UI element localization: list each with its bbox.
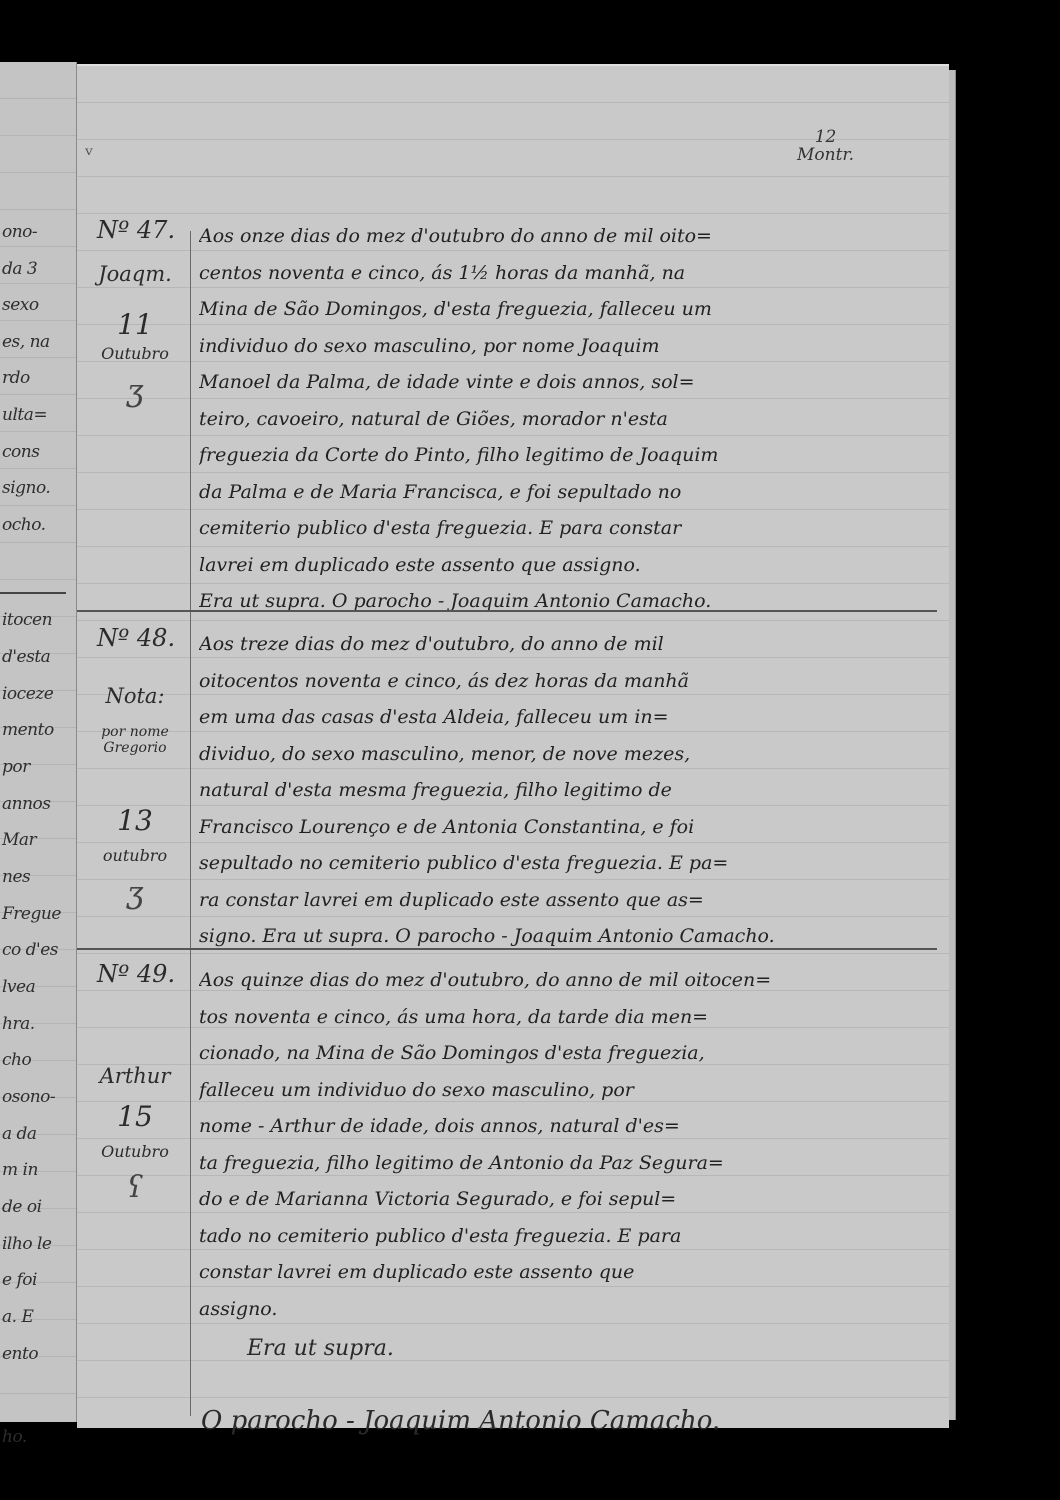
entry-line: da Palma e de Maria Francisca, e foi sep… — [199, 474, 934, 511]
margin-month: Outubro — [81, 1142, 189, 1161]
left-fragment: lvea — [2, 977, 35, 997]
entry-line: teiro, cavoeiro, natural de Giões, morad… — [199, 401, 934, 438]
left-fragment: ho. — [2, 1427, 27, 1447]
entry-body: Aos quinze dias do mez d'outubro, do ann… — [199, 962, 934, 1327]
scanned-register-page: ono- da 3 sexo es, na rdo ulta= cons sig… — [0, 0, 1060, 1500]
entry-line: Manoel da Palma, de idade vinte e dois a… — [199, 364, 934, 401]
left-fragment: annos — [2, 794, 51, 814]
entry-line: Aos treze dias do mez d'outubro, do anno… — [199, 626, 934, 663]
left-fragment: ono- — [2, 222, 37, 242]
left-fragment: de oi — [2, 1197, 42, 1217]
margin-subname: por nome Gregorio — [81, 724, 189, 756]
left-fragment: a. E — [2, 1307, 33, 1327]
left-fragment: Mar — [2, 830, 36, 850]
entry-line: dividuo, do sexo masculino, menor, de no… — [199, 736, 934, 773]
left-fragment: hra. — [2, 1014, 35, 1034]
entry-line: freguezia da Corte do Pinto, filho legit… — [199, 437, 934, 474]
margin-day: 13 — [81, 804, 189, 837]
entry-body: Aos treze dias do mez d'outubro, do anno… — [199, 626, 934, 955]
entry-line: cemiterio publico d'esta freguezia. E pa… — [199, 510, 934, 547]
entry-line: do e de Marianna Victoria Segurado, e fo… — [199, 1181, 934, 1218]
margin-rule — [190, 231, 191, 1416]
entry-line: em uma das casas d'esta Aldeia, falleceu… — [199, 699, 934, 736]
margin-month: outubro — [81, 846, 189, 865]
entry-line: lavrei em duplicado este assento que ass… — [199, 547, 934, 584]
left-fragment: ilho le — [2, 1234, 51, 1254]
margin-day: 15 — [81, 1100, 189, 1133]
folio-number: 12 Montr. — [797, 128, 854, 164]
left-fragment: a da — [2, 1124, 37, 1144]
entry-line: Mina de São Domingos, d'esta freguezia, … — [199, 291, 934, 328]
margin-mark: ʒ — [81, 374, 189, 409]
left-fragment: ento — [2, 1344, 38, 1364]
register-page: ᵥ 12 Montr. Nº 47. Joaqm. 11 Outubro ʒ A… — [77, 64, 949, 1428]
margin-month: Outubro — [81, 344, 189, 363]
entry-line: cionado, na Mina de São Domingos d'esta … — [199, 1035, 934, 1072]
left-fragment: por — [2, 757, 30, 777]
left-fragment: mento — [2, 720, 54, 740]
entry-line: sepultado no cemiterio publico d'esta fr… — [199, 845, 934, 882]
entry-line: assigno. — [199, 1291, 934, 1328]
entry-line: tos noventa e cinco, ás uma hora, da tar… — [199, 999, 934, 1036]
entry-line: Aos onze dias do mez d'outubro do anno d… — [199, 218, 934, 255]
left-fragment: cons — [2, 442, 39, 462]
entry-line: centos noventa e cinco, ás 1½ horas da m… — [199, 255, 934, 292]
left-fragment: cho — [2, 1050, 31, 1070]
entry-separator — [77, 610, 937, 612]
entry-line: individuo do sexo masculino, por nome Jo… — [199, 328, 934, 365]
left-fragment: da 3 — [2, 259, 37, 279]
folio-page-number: 12 — [797, 128, 854, 146]
margin-mark: ʕ — [81, 1170, 189, 1205]
entry-line: nome - Arthur de idade, dois annos, natu… — [199, 1108, 934, 1145]
entry-line: oitocentos noventa e cinco, ás dez horas… — [199, 663, 934, 700]
left-facing-page: ono- da 3 sexo es, na rdo ulta= cons sig… — [0, 62, 77, 1422]
entry-number: Nº 48. — [97, 624, 175, 652]
left-fragment: co d'es — [2, 940, 58, 960]
entry-line: Era ut supra. O parocho - Joaquim Antoni… — [199, 583, 934, 620]
left-fragment: rdo — [2, 368, 30, 388]
closing-formula: Era ut supra. — [247, 1336, 394, 1361]
margin-name: Arthur — [81, 1064, 189, 1088]
entry-line: tado no cemiterio publico d'esta freguez… — [199, 1218, 934, 1255]
left-fragment: signo. — [2, 478, 50, 498]
left-fragment: es, na — [2, 332, 50, 352]
entry-body: Aos onze dias do mez d'outubro do anno d… — [199, 218, 934, 620]
entry-number: Nº 47. — [97, 216, 175, 244]
left-fragment: e foi — [2, 1270, 37, 1290]
left-fragment: itocen — [2, 610, 52, 630]
left-fragment: ulta= — [2, 405, 47, 425]
margin-mark: ʒ — [81, 876, 189, 911]
left-fragment: osono- — [2, 1087, 55, 1107]
left-fragment: nes — [2, 867, 30, 887]
margin-name: Nota: — [81, 684, 189, 708]
left-fragment: d'esta — [2, 647, 50, 667]
left-fragment: ioceze — [2, 684, 53, 704]
left-fragment: Fregue — [2, 904, 61, 924]
entry-line: Aos quinze dias do mez d'outubro, do ann… — [199, 962, 934, 999]
entry-line: falleceu um individuo do sexo masculino,… — [199, 1072, 934, 1109]
left-fragment: sexo — [2, 295, 39, 315]
entry-number: Nº 49. — [97, 960, 175, 988]
parish-priest-signature: O parocho - Joaquim Antonio Camacho. — [201, 1406, 720, 1436]
entry-line: natural d'esta mesma freguezia, filho le… — [199, 772, 934, 809]
left-fragment: m in — [2, 1160, 38, 1180]
entry-separator — [77, 948, 937, 950]
binding-mark: ᵥ — [85, 136, 93, 161]
margin-name: Joaqm. — [81, 262, 189, 286]
entry-line: constar lavrei em duplicado este assento… — [199, 1254, 934, 1291]
entry-line: Francisco Lourenço e de Antonia Constant… — [199, 809, 934, 846]
entry-line: ra constar lavrei em duplicado este asse… — [199, 882, 934, 919]
entry-line: ta freguezia, filho legitimo de Antonio … — [199, 1145, 934, 1182]
folio-abbrev: Montr. — [797, 146, 854, 164]
margin-day: 11 — [81, 308, 189, 341]
left-fragment: ocho. — [2, 515, 46, 535]
left-entry-separator — [0, 592, 66, 594]
